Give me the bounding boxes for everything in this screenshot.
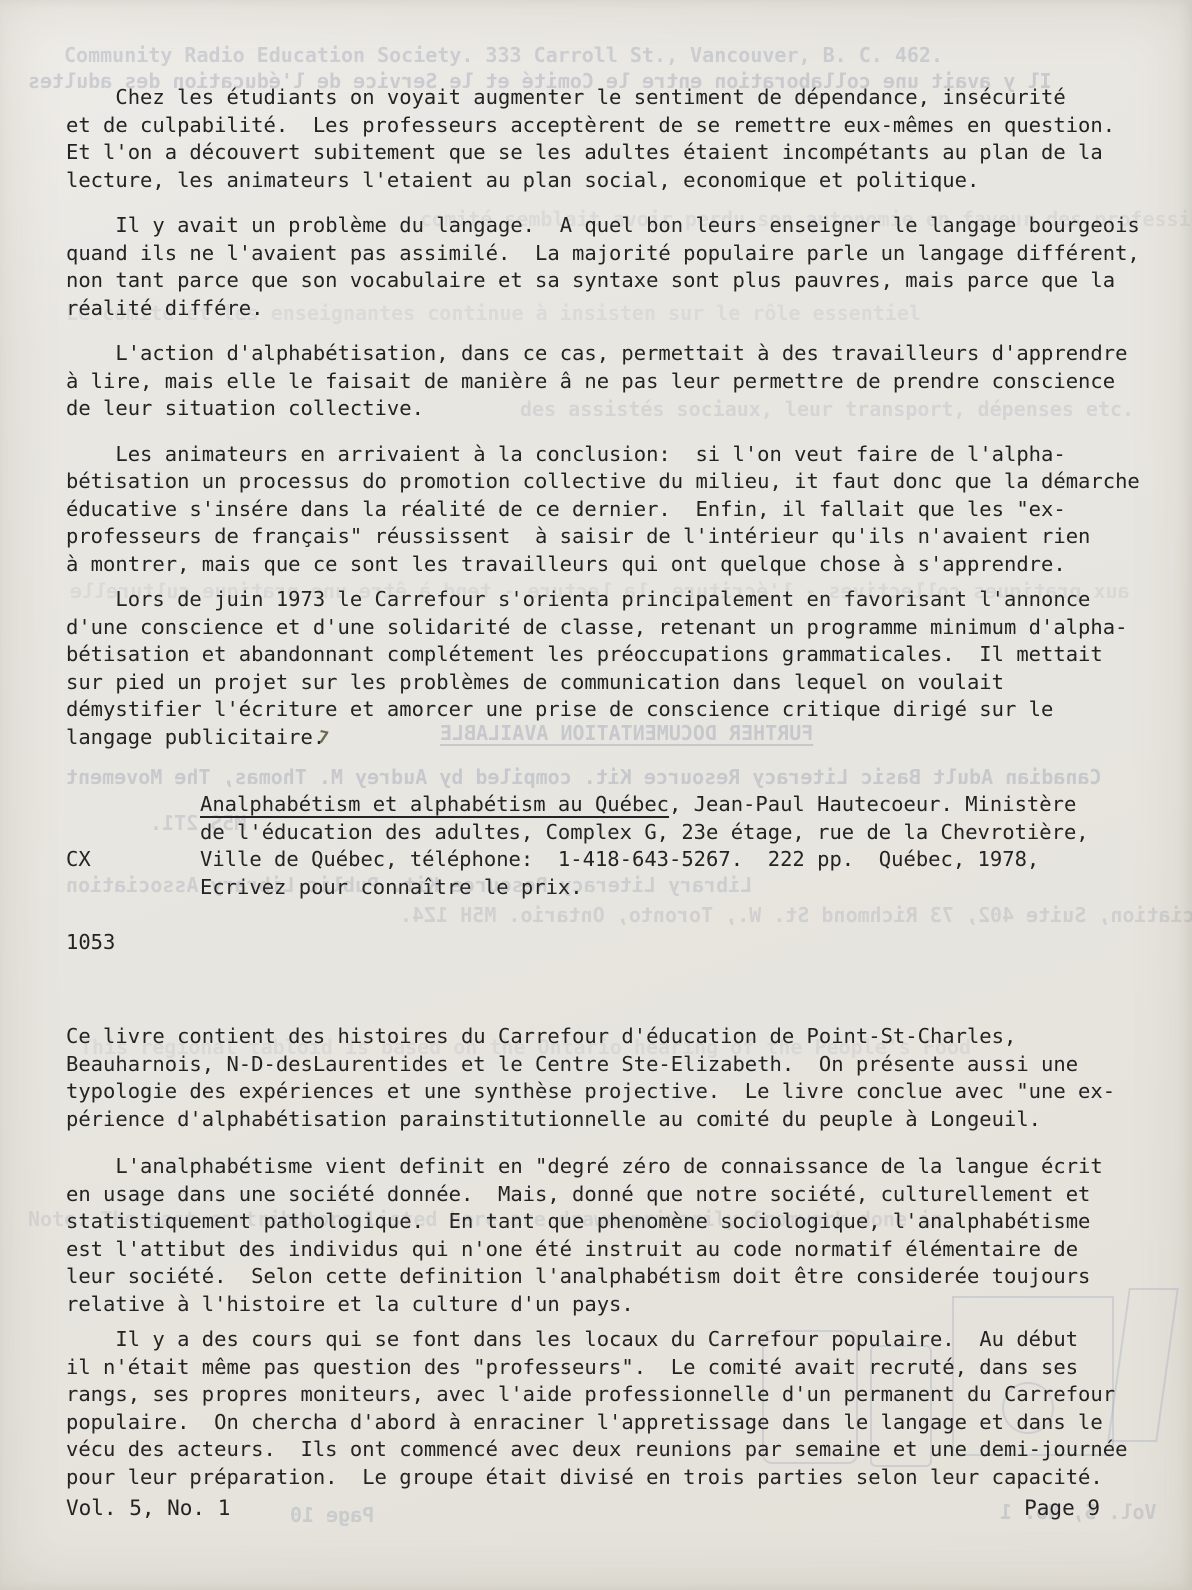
entry-body: Analphabétism et alphabétism au Québec, … <box>200 791 1164 901</box>
paragraph-juin-1973: Lors de juin 1973 le Carrefour s'orienta… <box>66 586 1164 751</box>
paragraph-probleme-langage: Il y avait un problème du langage. A que… <box>66 212 1164 322</box>
paragraph-analphabetisme-definition: L'analphabétisme vient definit en "degré… <box>66 1153 1164 1318</box>
footer-volume: Vol. 5, No. 1 <box>66 1496 230 1520</box>
entry-code: CX 1053 <box>66 791 200 1011</box>
entry-details: de l'éducation des adultes, Complex G, 2… <box>200 819 1164 902</box>
scanned-document-page: Community Radio Education Society. 333 C… <box>0 0 1192 1590</box>
paragraph-cours-carrefour: Il y a des cours qui se font dans les lo… <box>66 1326 1164 1491</box>
entry-title-underlined: Analphabétism et alphabétism au Québec <box>200 792 669 816</box>
bibliography-entry: CX 1053 Analphabétism et alphabétism au … <box>66 791 1164 1011</box>
paragraph-action-alphabetisation: L'action d'alphabétisation, dans ce cas,… <box>66 340 1164 423</box>
entry-code-number: 1053 <box>66 929 200 957</box>
entry-first-line: Analphabétism et alphabétism au Québec, … <box>200 791 1164 819</box>
typewritten-text: Chez les étudiants on voyait augmenter l… <box>0 0 1192 1509</box>
entry-author: , Jean-Paul Hautecoeur. Ministère <box>669 792 1076 816</box>
footer-page-number: Page 9 <box>1024 1496 1100 1520</box>
entry-code-cx: CX <box>66 846 200 874</box>
page-footer: Vol. 5, No. 1 Page 9 <box>66 1496 1100 1520</box>
paragraph-conclusion-animateurs: Les animateurs en arrivaient à la conclu… <box>66 441 1164 579</box>
paragraph-dependance: Chez les étudiants on voyait augmenter l… <box>66 84 1164 194</box>
paragraph-ce-livre: Ce livre contient des histoires du Carre… <box>66 1023 1164 1133</box>
